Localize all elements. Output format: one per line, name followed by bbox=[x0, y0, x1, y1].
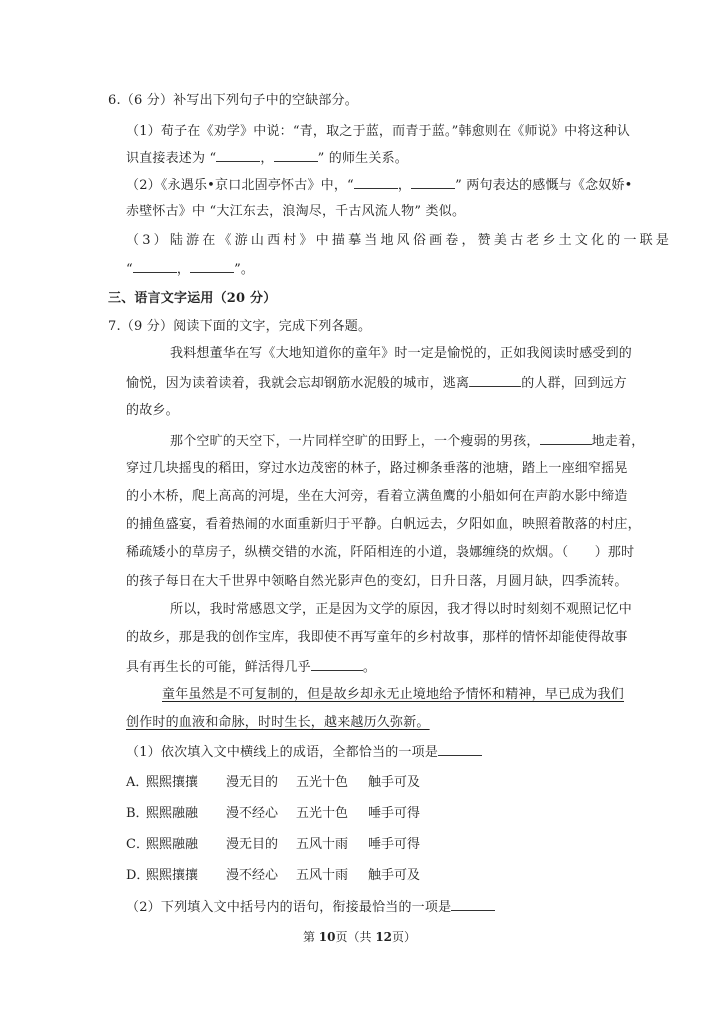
passage-p2-line3: 的小木桥，爬上高高的河堤，坐在大河旁，看着立满鱼鹰的小船如何在声韵水影中缔造 bbox=[126, 488, 628, 506]
answer-blank bbox=[274, 149, 318, 162]
option-item: 触手可及 bbox=[368, 774, 420, 792]
page-footer: 第 10页（共 12页） bbox=[0, 928, 719, 945]
text: ”。 bbox=[234, 262, 254, 277]
text: ， bbox=[177, 262, 190, 277]
q6-part1-line1: （1）荀子在《劝学》中说：“青，取之于蓝，而青于蓝。”韩愈则在《师说》中将这种认 bbox=[126, 123, 630, 141]
answer-blank bbox=[469, 374, 521, 387]
text: ” 的师生关系。 bbox=[318, 151, 408, 166]
option-item: 熙熙攘攘 bbox=[146, 867, 198, 885]
option-item: 五光十色 bbox=[296, 774, 348, 792]
passage-p3-line1: 所以，我时常感恩文学，正是因为文学的原因，我才得以时时刻刻不观照记忆中 bbox=[170, 601, 632, 619]
text: 那个空旷的天空下，一片同样空旷的田野上，一个瘦弱的男孩， bbox=[170, 434, 540, 449]
answer-blank bbox=[451, 898, 495, 911]
option-item: 熙熙融融 bbox=[146, 836, 198, 854]
text: （2）下列填入文中括号内的语句，衔接最恰当的一项是 bbox=[126, 900, 451, 915]
answer-blank bbox=[540, 432, 592, 445]
q7-sub2-prompt: （2）下列填入文中括号内的语句，衔接最恰当的一项是 bbox=[126, 898, 495, 917]
option-item: 漫无目的 bbox=[226, 836, 278, 854]
option-item: 唾手可得 bbox=[368, 836, 420, 854]
text: 的人群，回到远方 bbox=[521, 376, 627, 391]
text: 愉悦，因为读着读着，我就会忘却钢筋水泥般的城市，逃离 bbox=[126, 376, 469, 391]
option-item: 熙熙融融 bbox=[146, 805, 198, 823]
text: ， bbox=[398, 178, 411, 193]
passage-p2-line4: 的捕鱼盛宴，看着热闹的水面重新归于平静。白帆远去，夕阳如血，映照着散落的村庄， bbox=[126, 516, 641, 534]
answer-blank bbox=[133, 260, 177, 273]
option-item: 触手可及 bbox=[368, 867, 420, 885]
passage-p1-line2: 愉悦，因为读着读着，我就会忘却钢筋水泥般的城市，逃离的人群，回到远方 bbox=[126, 374, 627, 393]
q6-part2-line2: 赤壁怀古》中 “大江东去，浪淘尽，千古风流人物” 类似。 bbox=[126, 203, 465, 221]
passage-p2-line6: 的孩子每日在大千世界中领略自然光影声色的变幻，日升日落，月圆月缺，四季流转。 bbox=[126, 573, 628, 591]
section-title: 三、语言文字运用（20 分） bbox=[108, 290, 276, 308]
q6-part3-line1: （3）陆游在《游山西村》中描摹当地风俗画卷，赞美古老乡土文化的一联是 bbox=[126, 232, 672, 250]
q7-sub1-prompt: （1）依次填入文中横线上的成语，全都恰当的一项是 bbox=[126, 743, 482, 762]
text: 页） bbox=[392, 930, 416, 944]
text: 页（共 bbox=[335, 930, 375, 944]
text: （1）依次填入文中横线上的成语，全都恰当的一项是 bbox=[126, 745, 438, 760]
underlined-sentence-line1: 童年虽然是不可复制的，但是故乡却永无止境地给予情怀和精神，早已成为我们 bbox=[162, 686, 624, 704]
answer-blank bbox=[438, 743, 482, 756]
q7-header: 7.（9 分）阅读下面的文字，完成下列各题。 bbox=[108, 318, 371, 336]
text: “ bbox=[126, 262, 133, 277]
answer-blank bbox=[411, 176, 455, 189]
answer-blank bbox=[311, 658, 363, 671]
option-item: 漫不经心 bbox=[226, 805, 278, 823]
passage-p1-line3: 的故乡。 bbox=[126, 402, 179, 420]
passage-p2-line1: 那个空旷的天空下，一片同样空旷的田野上，一个瘦弱的男孩，地走着， bbox=[170, 432, 644, 451]
text: 地走着， bbox=[592, 434, 645, 449]
q6-part1-line2: 识直接表述为 “，” 的师生关系。 bbox=[126, 149, 408, 168]
q6-header: 6.（6 分）补写出下列句子中的空缺部分。 bbox=[108, 92, 358, 110]
option-item: 五风十雨 bbox=[296, 867, 348, 885]
passage-p3-line3: 具有再生长的可能，鲜活得几乎。 bbox=[126, 658, 376, 677]
text: 识直接表述为 “ bbox=[126, 151, 216, 166]
option-item: 五风十雨 bbox=[296, 836, 348, 854]
answer-blank bbox=[216, 149, 260, 162]
option-item: 唾手可得 bbox=[368, 805, 420, 823]
page-number: 10 bbox=[319, 930, 336, 944]
passage-p2-line2: 穿过几块摇曳的稻田，穿过水边茂密的林子，路过柳条垂落的池塘，踏上一座细窄摇晃 bbox=[126, 460, 628, 478]
text: （2）《永遇乐•京口北固亭怀古》中，“ bbox=[126, 178, 354, 193]
q6-part3-line2: “，”。 bbox=[126, 260, 254, 279]
text: 第 bbox=[303, 930, 319, 944]
option-item: 五光十色 bbox=[296, 805, 348, 823]
q6-part2-line1: （2）《永遇乐•京口北固亭怀古》中，“，” 两句表达的感慨与《念奴娇• bbox=[126, 176, 633, 195]
text: 。 bbox=[363, 660, 376, 675]
option-item: 漫不经心 bbox=[226, 867, 278, 885]
text: 具有再生长的可能，鲜活得几乎 bbox=[126, 660, 311, 675]
passage-p1-line1: 我料想董华在写《大地知道你的童年》时一定是愉悦的，正如我阅读时感受到的 bbox=[170, 345, 632, 363]
underlined-sentence-line2: 创作时的血液和命脉，时时生长，越来越历久弥新。 bbox=[126, 714, 430, 732]
answer-blank bbox=[190, 260, 234, 273]
option-item: 漫无目的 bbox=[226, 774, 278, 792]
passage-p3-line2: 的故乡，那是我的创作宝库，我即使不再写童年的乡村故事，那样的情怀却能使得故事 bbox=[126, 629, 628, 647]
page-total: 12 bbox=[375, 930, 392, 944]
answer-blank bbox=[354, 176, 398, 189]
passage-p2-line5: 稀疏矮小的草房子，纵横交错的水流，阡陌相连的小道，袅娜缠绕的炊烟。（ ）那时 bbox=[126, 544, 634, 562]
text: ” 两句表达的感慨与《念奴娇• bbox=[455, 178, 632, 193]
text: ， bbox=[260, 151, 273, 166]
option-item: 熙熙攘攘 bbox=[146, 774, 198, 792]
